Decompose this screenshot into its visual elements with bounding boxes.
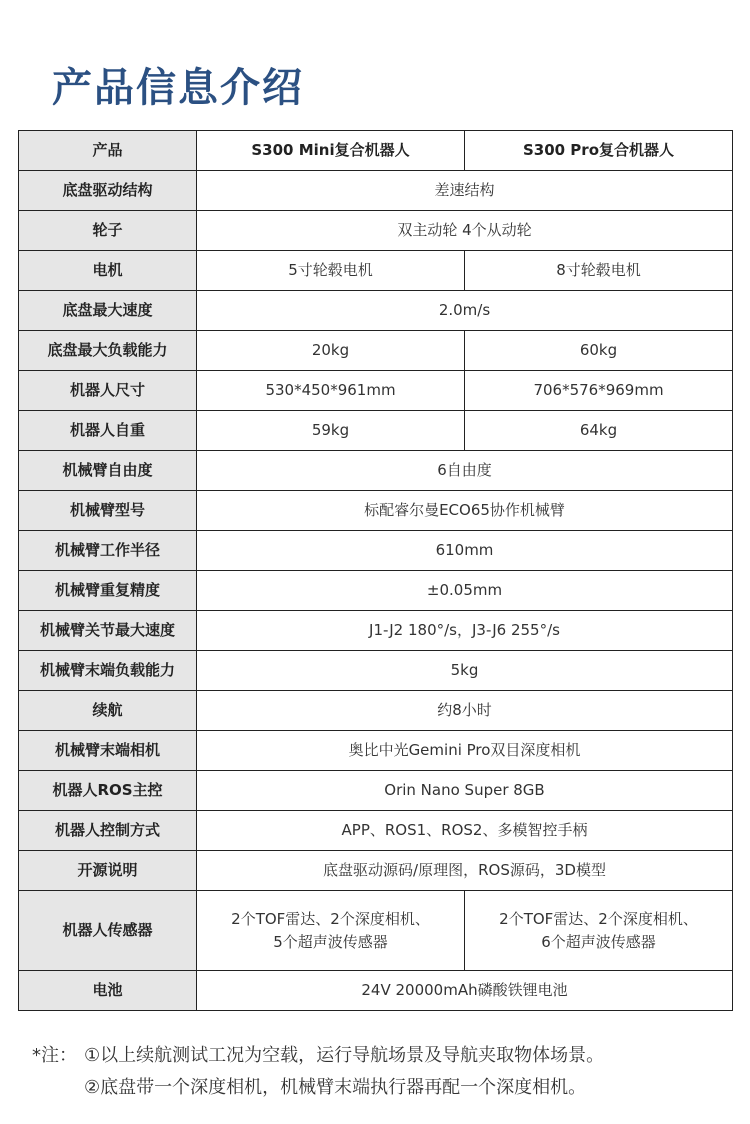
page-title: 产品信息介绍 [52,56,304,113]
row-value-mini: 530*450*961mm [197,371,465,411]
row-label: 产品 [19,131,197,171]
row-value: APP、ROS1、ROS2、多模智控手柄 [197,811,733,851]
table-row: 底盘驱动结构差速结构 [19,171,733,211]
row-value-pro: 2个TOF雷达、2个深度相机、6个超声波传感器 [465,891,733,971]
row-value: 2.0m/s [197,291,733,331]
row-label: 机械臂工作半径 [19,531,197,571]
column-header-pro: S300 Pro复合机器人 [465,131,733,171]
sensor-line: 2个TOF雷达、2个深度相机、 [469,908,728,931]
table-row: 电池24V 20000mAh磷酸铁锂电池 [19,971,733,1011]
row-value: J1-J2 180°/s，J3-J6 255°/s [197,611,733,651]
row-value: 奥比中光Gemini Pro双目深度相机 [197,731,733,771]
row-label: 续航 [19,691,197,731]
row-value: 610mm [197,531,733,571]
sensor-line: 6个超声波传感器 [469,931,728,954]
row-value: 5kg [197,651,733,691]
row-value: 约8小时 [197,691,733,731]
row-value: 差速结构 [197,171,733,211]
row-label: 机械臂自由度 [19,451,197,491]
row-label: 电池 [19,971,197,1011]
table-row: 机械臂自由度6自由度 [19,451,733,491]
sensor-line: 5个超声波传感器 [201,931,460,954]
table-row: 底盘最大速度2.0m/s [19,291,733,331]
row-label: 轮子 [19,211,197,251]
row-label: 机器人控制方式 [19,811,197,851]
spec-table: 产品 S300 Mini复合机器人 S300 Pro复合机器人 底盘驱动结构差速… [18,130,733,1011]
table-row: 机械臂重复精度±0.05mm [19,571,733,611]
row-value-mini: 20kg [197,331,465,371]
table-header-row: 产品 S300 Mini复合机器人 S300 Pro复合机器人 [19,131,733,171]
table-row: 机器人控制方式APP、ROS1、ROS2、多模智控手柄 [19,811,733,851]
table-row: 机器人传感器 2个TOF雷达、2个深度相机、5个超声波传感器 2个TOF雷达、2… [19,891,733,971]
table-row: 机械臂关节最大速度J1-J2 180°/s，J3-J6 255°/s [19,611,733,651]
row-value: Orin Nano Super 8GB [197,771,733,811]
row-label: 机器人尺寸 [19,371,197,411]
row-label: 开源说明 [19,851,197,891]
row-label: 机械臂末端相机 [19,731,197,771]
table-row: 轮子双主动轮 4个从动轮 [19,211,733,251]
row-label: 机械臂重复精度 [19,571,197,611]
row-value-pro: 64kg [465,411,733,451]
row-value-pro: 60kg [465,331,733,371]
row-value: 双主动轮 4个从动轮 [197,211,733,251]
table-row: 机械臂工作半径610mm [19,531,733,571]
column-header-mini: S300 Mini复合机器人 [197,131,465,171]
sensor-line: 2个TOF雷达、2个深度相机、 [201,908,460,931]
row-value: 24V 20000mAh磷酸铁锂电池 [197,971,733,1011]
table-row: 机器人ROS主控Orin Nano Super 8GB [19,771,733,811]
table-row: 电机5寸轮毂电机8寸轮毂电机 [19,251,733,291]
row-label: 机器人自重 [19,411,197,451]
row-label: 底盘驱动结构 [19,171,197,211]
row-label: 底盘最大负载能力 [19,331,197,371]
row-label: 底盘最大速度 [19,291,197,331]
row-value-pro: 706*576*969mm [465,371,733,411]
row-value: ±0.05mm [197,571,733,611]
note-prefix: *注： [32,1040,84,1072]
table-row: 底盘最大负载能力20kg60kg [19,331,733,371]
table-row: 机器人自重59kg64kg [19,411,733,451]
table-row: 机械臂末端相机奥比中光Gemini Pro双目深度相机 [19,731,733,771]
row-value-mini: 59kg [197,411,465,451]
row-value-pro: 8寸轮毂电机 [465,251,733,291]
row-value: 底盘驱动源码/原理图，ROS源码，3D模型 [197,851,733,891]
row-value-mini: 2个TOF雷达、2个深度相机、5个超声波传感器 [197,891,465,971]
row-label: 电机 [19,251,197,291]
row-label: 机械臂型号 [19,491,197,531]
row-value: 6自由度 [197,451,733,491]
table-row: 开源说明底盘驱动源码/原理图，ROS源码，3D模型 [19,851,733,891]
row-value: 标配睿尔曼ECO65协作机械臂 [197,491,733,531]
table-row: 机器人尺寸530*450*961mm706*576*969mm [19,371,733,411]
row-value-mini: 5寸轮毂电机 [197,251,465,291]
row-label: 机器人ROS主控 [19,771,197,811]
row-label: 机械臂末端负载能力 [19,651,197,691]
table-row: 机械臂末端负载能力5kg [19,651,733,691]
note-item: ②底盘带一个深度相机，机械臂末端执行器再配一个深度相机。 [84,1072,586,1104]
row-label: 机器人传感器 [19,891,197,971]
footnotes: *注：①以上续航测试工况为空载，运行导航场景及导航夹取物体场景。 ②底盘带一个深… [32,1040,604,1104]
row-label: 机械臂关节最大速度 [19,611,197,651]
note-item: ①以上续航测试工况为空载，运行导航场景及导航夹取物体场景。 [84,1040,604,1072]
table-row: 机械臂型号标配睿尔曼ECO65协作机械臂 [19,491,733,531]
table-row: 续航约8小时 [19,691,733,731]
